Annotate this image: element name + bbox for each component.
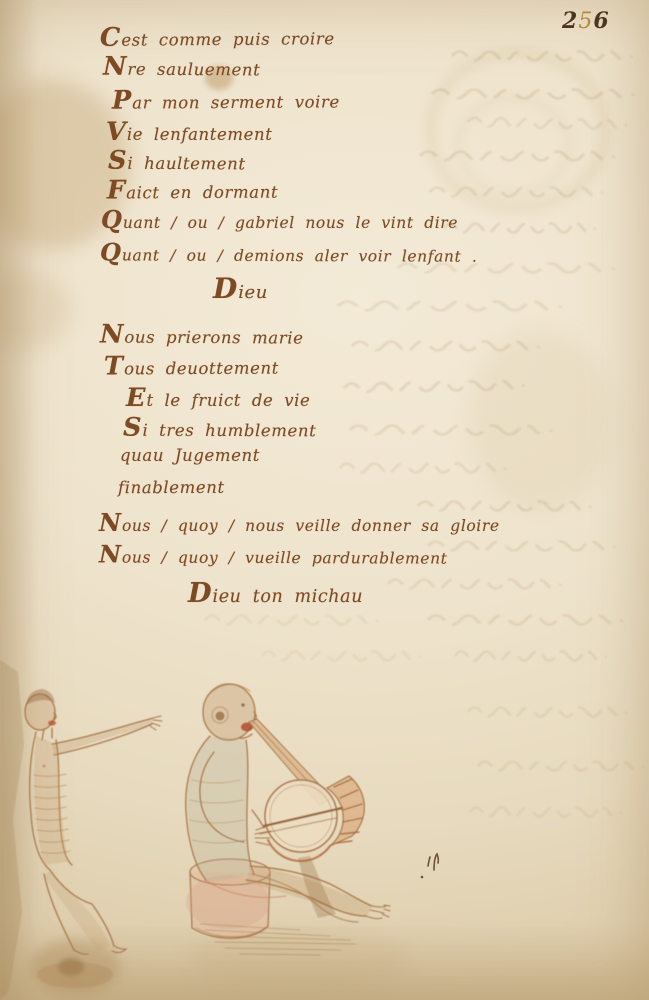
poem-line: Nous / quoy / nous veille donner sa gloi… [99,508,500,537]
poem-line: Quant / ou / demions aler voir lenfant . [100,237,478,267]
stain-bottom-left-dark [58,958,84,976]
stain-bottom-center [190,930,410,990]
poem-line: Si tres humblement [123,413,316,444]
poem-block: Cest comme puis croire Nre sauluement Pa… [0,0,649,1000]
poem-line: Nous prierons marie [100,319,304,350]
margin-wash [0,660,24,1000]
poem-line: Nous / quoy / vueille pardurablement [99,539,448,569]
refrain-line: Dieu ton michau [188,578,363,609]
stain-bottom-left [30,940,120,995]
poem-line: Et le fruict de vie [126,383,310,413]
poem-line: Nre sauluement [103,52,260,83]
figures-drawing [0,660,420,1000]
poem-line: finablement [118,478,225,497]
stain-layer [0,0,649,1000]
folio-digit: 2 [562,8,578,34]
folio-number: 256 [562,8,610,34]
standing-figure-drawing [25,689,162,988]
stain-left-mid [0,270,70,350]
poem-line: Cest comme puis croire [100,21,335,53]
bottom-edge-shadow [0,0,649,1000]
bleedthrough-text [0,0,649,1000]
poem-line: Si haultement [108,146,246,177]
poem-line: Vie lenfantement [106,117,272,147]
poem-line: Faict en dormant [107,175,278,206]
left-edge-shadow [0,0,649,1000]
ink-marks [415,848,455,888]
watermark-ring [425,48,610,213]
poem-line: Tous deuottement [104,351,279,382]
folio-digit: 5 [578,9,593,34]
folio-digit: 6 [593,8,609,34]
stain-under-line2 [205,66,233,90]
manuscript-page: 256 Cest comme puis croire Nre sauluemen… [0,0,649,1000]
poem-line: Quant / ou / gabriel nous le vint dire [101,205,458,234]
drummer-figure-drawing [186,684,390,955]
stain-right-mid [470,330,610,510]
poem-line: quau Jugement [120,446,260,465]
stain-top-left [0,80,130,250]
poem-line: Par mon serment voire [112,84,340,115]
watermark-ring-inner [455,95,572,197]
refrain-line: Dieu [213,272,268,305]
